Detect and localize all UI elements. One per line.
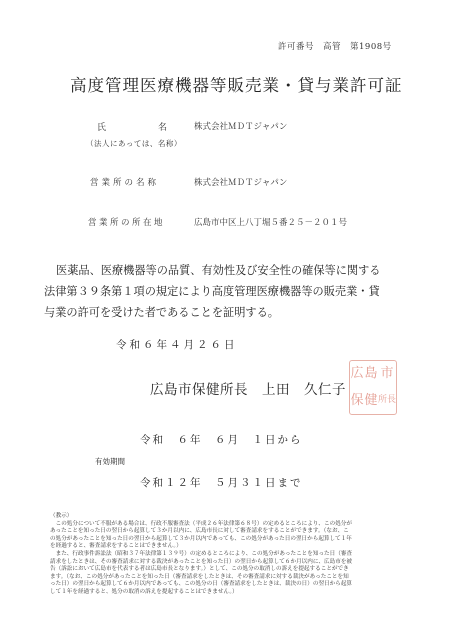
body-line: 医薬品、医療機器等の品質、有効性及び安全性の確保等に関する [44, 260, 424, 281]
office-address-label: 営業所の所在地 [88, 216, 165, 228]
permit-number: 許可番号 高管 第1908号 [278, 40, 392, 52]
notice-line: （教示） [50, 513, 390, 521]
office-address-value: 広島市中区上八丁堀５番２５－２０１号 [194, 216, 347, 228]
notice-line: を経過すると、審査請求をすることはできません。） [50, 543, 390, 551]
notice-line: あったことを知った日の翌日から起算して３か月以内に、広島市長に対して審査請求をす… [50, 528, 390, 536]
name-label-1: 氏 [97, 120, 106, 133]
body-line: 法律第３９条第１項の規定により高度管理医療機器等の販売業・貸 [44, 281, 424, 302]
seal-char: 所長 [378, 388, 396, 415]
notice-line: して１年を経過すると、処分の取消の訴えを提起することはできません。） [50, 589, 390, 597]
validity-label: 有効期間 [95, 456, 125, 467]
seal-char: 市 [378, 361, 396, 388]
validity-to: 令和１２年 ５月３１日まで [140, 475, 303, 490]
official-seal-stamp: 広 島 市 保 健 所長 [349, 360, 397, 415]
notice-line: った日）の翌日から起算して６か月以内であっても、この処分の日（審査請求をしたとき… [50, 581, 390, 589]
seal-char: 広 [350, 361, 364, 388]
name-note: （法人にあっては、名称） [86, 138, 182, 149]
office-name-label: 営業所の名称 [90, 176, 159, 188]
certification-body: 医薬品、医療機器等の品質、有効性及び安全性の確保等に関する 法律第３９条第１項の… [44, 260, 424, 323]
document-title: 高度管理医療機器等販売業・貸与業許可証 [70, 72, 403, 96]
seal-char: 島 [364, 361, 378, 388]
issue-date: 令和６年４月２６日 [116, 337, 238, 352]
seal-char: 健 [364, 388, 378, 415]
office-name-value: 株式会社ＭＤＴジャパン [194, 176, 287, 188]
appeal-notice: （教示） この処分について不服がある場合は、行政不服審査法（平成２６年法律第６８… [50, 513, 390, 597]
issuer-name: 広島市保健所長 上田 久仁子 [150, 378, 346, 398]
body-line: 与業の許可を受けた者であることを証明する。 [44, 302, 424, 323]
notice-line: また、行政事件訴訟法（昭和３７年法律第１３９号）の定めるところにより、この処分が… [50, 551, 390, 559]
name-value: 株式会社ＭＤＴジャパン [194, 120, 287, 132]
notice-line: 告（訴訟において広島市を代表する者は広島市長となります。）として、この処分の取消… [50, 566, 390, 574]
validity-from: 令和 ６年 ６月 １日から [140, 432, 303, 447]
seal-char: 保 [350, 388, 364, 415]
name-label-2: 名 [158, 120, 167, 133]
